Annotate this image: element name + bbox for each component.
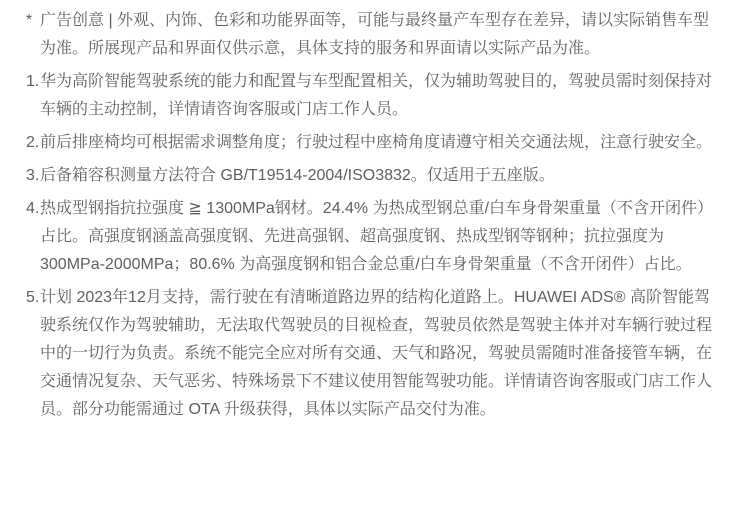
item-line: 驶系统仅作为驾驶辅助，无法取代驾驶员的目视检查，驾驶员依然是驾驶主体并对车辆行驶… <box>40 312 726 340</box>
item-text: 前后排座椅均可根据需求调整角度；行驶过程中座椅角度请遵守相关交通法规，注意行驶安… <box>40 129 726 157</box>
item-line: 交通情况复杂、天气恶劣、特殊场景下不建议使用智能驾驶功能。详情请咨询客服或门店工… <box>40 368 726 396</box>
item-line: 计划 2023年12月支持，需行驶在有清晰道路边界的结构化道路上。HUAWEI … <box>40 284 726 312</box>
disclaimer-item-4-steel-strength: 4. 热成型钢指抗拉强度 ≧ 1300MPa钢材。24.4% 为热成型钢总重/白… <box>26 195 726 279</box>
item-marker: 1. <box>26 68 40 96</box>
item-text: 热成型钢指抗拉强度 ≧ 1300MPa钢材。24.4% 为热成型钢总重/白车身骨… <box>40 195 726 279</box>
item-line: 员。部分功能需通过 OTA 升级获得，具体以实际产品交付为准。 <box>40 396 726 424</box>
item-text: 华为高阶智能驾驶系统的能力和配置与车型配置相关，仅为辅助驾驶目的，驾驶员需时刻保… <box>40 68 726 124</box>
disclaimer-item-ad-creative: * 广告创意 | 外观、内饰、色彩和功能界面等，可能与最终量产车型存在差异，请以… <box>26 7 726 63</box>
item-line: 300MPa-2000MPa；80.6% 为高强度钢和铝合金总重/白车身骨架重量… <box>40 251 726 279</box>
item-marker: 5. <box>26 284 40 312</box>
item-line: 前后排座椅均可根据需求调整角度；行驶过程中座椅角度请遵守相关交通法规，注意行驶安… <box>40 129 726 157</box>
item-line: 广告创意 | 外观、内饰、色彩和功能界面等，可能与最终量产车型存在差异，请以实际… <box>40 7 726 35</box>
item-marker: 2. <box>26 129 40 157</box>
item-text: 后备箱容积测量方法符合 GB/T19514-2004/ISO3832。仅适用于五… <box>40 162 726 190</box>
item-text: 广告创意 | 外观、内饰、色彩和功能界面等，可能与最终量产车型存在差异，请以实际… <box>40 7 726 63</box>
item-marker: 3. <box>26 162 40 190</box>
disclaimer-item-5-huawei-ads: 5. 计划 2023年12月支持，需行驶在有清晰道路边界的结构化道路上。HUAW… <box>26 284 726 424</box>
item-line: 占比。高强度钢涵盖高强度钢、先进高强钢、超高强度钢、热成型钢等钢种；抗拉强度为 <box>40 223 726 251</box>
item-line: 热成型钢指抗拉强度 ≧ 1300MPa钢材。24.4% 为热成型钢总重/白车身骨… <box>40 195 726 223</box>
disclaimer-item-2-seats: 2. 前后排座椅均可根据需求调整角度；行驶过程中座椅角度请遵守相关交通法规，注意… <box>26 129 726 157</box>
item-line: 后备箱容积测量方法符合 GB/T19514-2004/ISO3832。仅适用于五… <box>40 162 726 190</box>
item-line: 中的一切行为负责。系统不能完全应对所有交通、天气和路况，驾驶员需随时准备接管车辆… <box>40 340 726 368</box>
item-line: 为准。所展现产品和界面仅供示意，具体支持的服务和界面请以实际产品为准。 <box>40 35 726 63</box>
item-marker: 4. <box>26 195 40 223</box>
disclaimer-item-1-adas-capability: 1. 华为高阶智能驾驶系统的能力和配置与车型配置相关，仅为辅助驾驶目的，驾驶员需… <box>26 68 726 124</box>
item-text: 计划 2023年12月支持，需行驶在有清晰道路边界的结构化道路上。HUAWEI … <box>40 284 726 424</box>
item-marker: * <box>26 7 40 35</box>
disclaimer-item-3-trunk-volume: 3. 后备箱容积测量方法符合 GB/T19514-2004/ISO3832。仅适… <box>26 162 726 190</box>
item-line: 华为高阶智能驾驶系统的能力和配置与车型配置相关，仅为辅助驾驶目的，驾驶员需时刻保… <box>40 68 726 96</box>
disclaimer-section: * 广告创意 | 外观、内饰、色彩和功能界面等，可能与最终量产车型存在差异，请以… <box>0 0 750 424</box>
item-line: 车辆的主动控制，详情请咨询客服或门店工作人员。 <box>40 96 726 124</box>
